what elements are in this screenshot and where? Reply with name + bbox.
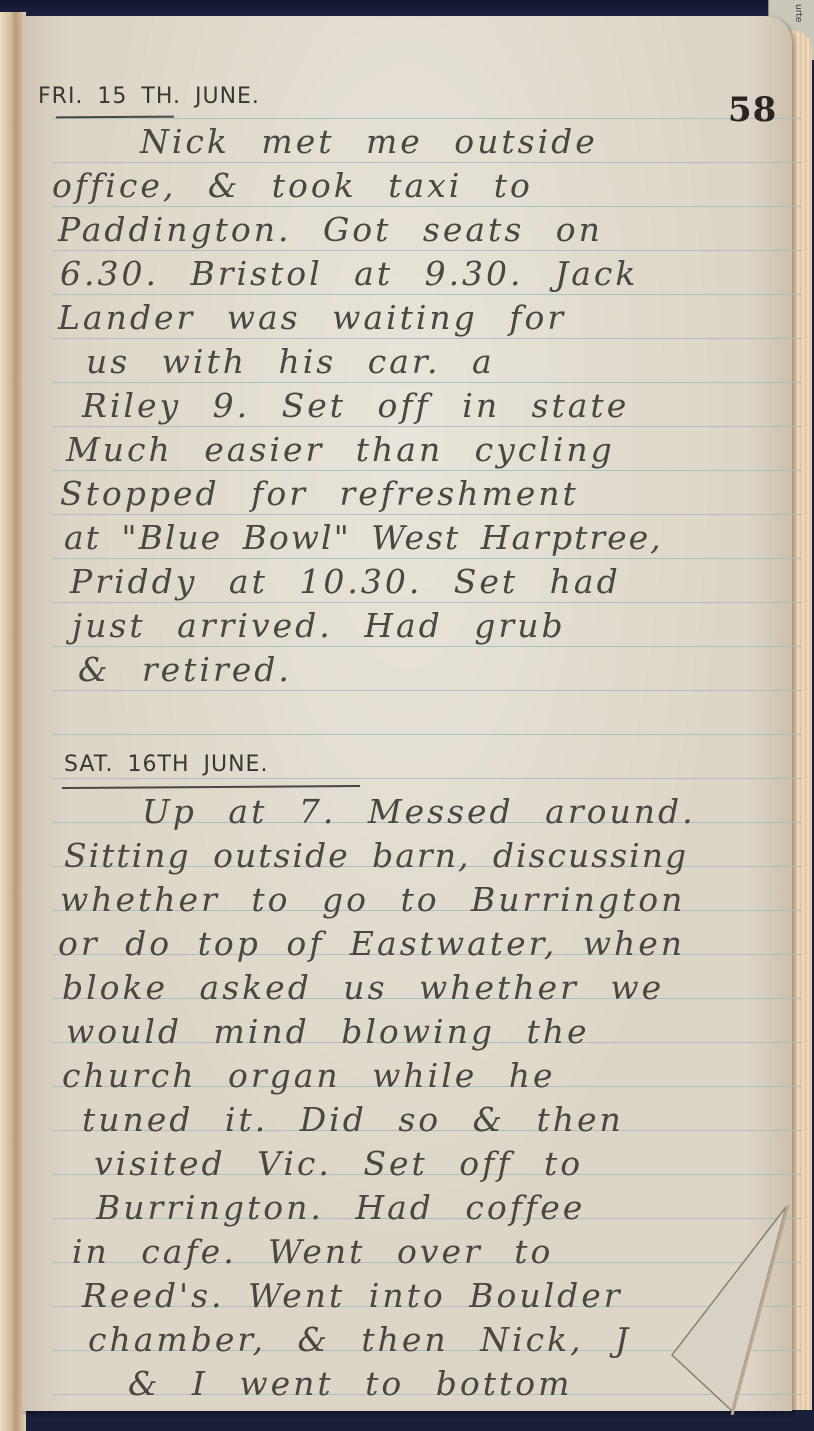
entry-date-heading: FRI. 15 TH. JUNE.	[38, 84, 814, 109]
diary-line: us with his car. a	[86, 342, 814, 381]
diary-line: visited Vic. Set off to	[94, 1144, 814, 1183]
diary-line: whether to go to Burrington	[60, 880, 814, 919]
diary-line: Up at 7. Messed around.	[142, 792, 814, 831]
ruled-line	[52, 338, 802, 339]
diary-line: Riley 9. Set off in state	[82, 386, 814, 425]
ruled-line	[52, 734, 802, 735]
diary-line: at "Blue Bowl" West Harptree,	[64, 518, 814, 557]
diary-line: Lander was waiting for	[58, 298, 814, 337]
diary-line: tuned it. Did so & then	[82, 1100, 814, 1139]
ruled-line	[52, 118, 802, 119]
ruled-line	[52, 206, 802, 207]
diary-line: Sitting outside barn, discussing	[64, 836, 814, 875]
diary-line: & retired.	[78, 650, 814, 689]
ruled-line	[52, 470, 802, 471]
entry-date-heading: SAT. 16TH JUNE.	[64, 752, 814, 777]
ruled-line	[52, 778, 802, 779]
diary-line: 6.30. Bristol at 9.30. Jack	[60, 254, 814, 293]
diary-line: just arrived. Had grub	[72, 606, 814, 645]
date-underline	[62, 785, 360, 789]
ruled-line	[52, 646, 802, 647]
diary-line: Priddy at 10.30. Set had	[70, 562, 814, 601]
diary-line: bloke asked us whether we	[62, 968, 814, 1007]
ruled-line	[52, 558, 802, 559]
diary-page: 58 FRI. 15 TH. JUNE. Nick met me outside…	[22, 16, 792, 1411]
diary-line: Stopped for refreshment	[60, 474, 814, 513]
ruled-line	[52, 514, 802, 515]
folded-paper-corner-icon	[668, 1205, 798, 1415]
ruled-line	[52, 602, 802, 603]
diary-line: Much easier than cycling	[66, 430, 814, 469]
ruled-line	[52, 382, 802, 383]
ruled-line	[52, 426, 802, 427]
ruled-line	[52, 294, 802, 295]
diary-line: office, & took taxi to	[52, 166, 814, 205]
side-tab-text: urte	[793, 4, 803, 22]
diary-line: Nick met me outside	[140, 122, 814, 161]
ruled-line	[52, 162, 802, 163]
diary-line: or do top of Eastwater, when	[58, 924, 814, 963]
diary-line: would mind blowing the	[66, 1012, 814, 1051]
ruled-line	[52, 690, 802, 691]
ruled-line	[52, 250, 802, 251]
diary-line: Paddington. Got seats on	[58, 210, 814, 249]
diary-line: church organ while he	[62, 1056, 814, 1095]
